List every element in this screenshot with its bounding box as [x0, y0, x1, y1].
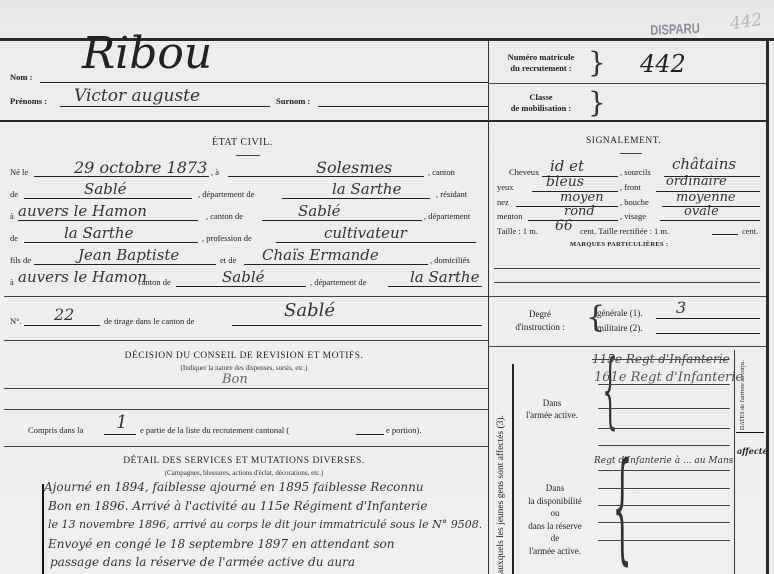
service-line: passage dans la réserve de l'armée activ… — [50, 555, 355, 569]
matricule-value: 442 — [640, 50, 686, 78]
matricule-brace: } — [588, 46, 606, 79]
marques-label: MARQUES PARTICULIÈRES : — [570, 241, 668, 248]
service-line: Envoyé en congé le 18 septembre 1897 en … — [48, 537, 394, 551]
nom-value: Ribou — [82, 28, 212, 79]
affectation-vertical-label: auxquels les jeunes gens sont affectés (… — [496, 380, 506, 574]
classe-label-line1: Classe — [496, 92, 586, 103]
nez-label: nez — [497, 197, 509, 207]
mere-line — [244, 264, 428, 265]
departement3-line — [388, 286, 482, 287]
compris-bottom-rule — [4, 446, 488, 447]
active-value: 161e Regt d'Infanterie — [594, 370, 743, 385]
reserve-rule-2 — [598, 488, 730, 489]
canton3-value: Sablé — [222, 268, 265, 286]
services-margin-rule — [42, 484, 44, 574]
nom-label: Nom : — [10, 72, 32, 82]
canton2-line — [262, 220, 422, 221]
departement-label: , département de — [198, 189, 254, 199]
militaire-line — [656, 333, 760, 334]
reserve-label-line4: dans la réserve — [514, 520, 596, 533]
classe-label: Classe de mobilisation : — [496, 92, 586, 114]
de2-label: de — [10, 233, 18, 243]
nez-value: moyen — [560, 190, 604, 205]
no-value: 22 — [54, 305, 74, 324]
canton-line — [24, 198, 192, 199]
no-line — [24, 325, 100, 326]
tirage-bottom-rule — [4, 340, 488, 341]
classe-label-line2: de mobilisation : — [496, 103, 586, 114]
generale-value: 3 — [676, 298, 686, 317]
a3-label: à — [10, 277, 14, 287]
etat-civil-title: ÉTAT CIVIL. — [212, 137, 273, 148]
de-label: de — [10, 189, 18, 199]
reserve-rule-5 — [598, 540, 730, 541]
canton3-line — [176, 286, 306, 287]
active-rule-3 — [598, 428, 730, 429]
sourcils-label: , sourcils — [620, 167, 651, 177]
reserve-label-line3: ou — [514, 507, 596, 520]
degre-label-line2: d'instruction : — [500, 321, 580, 334]
visage-value: ovale — [684, 204, 719, 219]
taille-label: Taille : 1 m. — [497, 226, 538, 236]
reserve-rule-3 — [598, 505, 730, 506]
generale-line — [656, 318, 760, 319]
front-value: ordinaire — [666, 174, 727, 189]
reserve-label-line6: l'armée active. — [514, 545, 596, 558]
reserve-rule-4 — [598, 522, 730, 523]
a-label: , à — [211, 167, 219, 177]
active-label-line1: Dans — [512, 397, 592, 409]
pere-value: Jean Baptiste — [78, 246, 179, 264]
ne-le-label: Né le — [10, 167, 28, 177]
nom-line — [40, 82, 488, 83]
identity-bottom-rule — [0, 120, 488, 122]
canton-value: Sablé — [84, 180, 127, 198]
reserve-label-line1: Dans — [514, 482, 596, 495]
etat-civil-bottom-rule — [4, 296, 488, 297]
departement-value: la Sarthe — [332, 180, 401, 198]
marques-rule-1 — [494, 268, 760, 269]
surnom-line — [318, 106, 488, 107]
compris-label: Compris dans la — [28, 425, 83, 435]
cheveux-label: Cheveux — [509, 167, 539, 177]
cent-label: cent. Taille rectifiée : 1 m. — [580, 226, 669, 236]
matricule-rule — [489, 83, 766, 84]
departement2-line — [24, 242, 198, 243]
mere-value: Chaïs Ermande — [262, 246, 379, 264]
active-label: Dans l'armée active. — [512, 397, 592, 421]
instruction-bottom-rule — [489, 346, 766, 347]
stamp-number: 442 — [729, 10, 764, 34]
canton-label: , canton — [428, 167, 455, 177]
taille-value: 66 — [555, 218, 573, 234]
departement3-value: la Sarthe — [410, 268, 479, 286]
active-value-struck: 115e Regt d'Infanterie — [592, 352, 730, 366]
compris-label-2: e partie de la liste du recrutement cant… — [140, 425, 289, 435]
visage-label: , visage — [620, 211, 646, 221]
military-register-page: DISPARU 442 Nom : Ribou Prénoms : Victor… — [0, 0, 774, 574]
cheveux-value: id et — [550, 157, 584, 175]
departement2-label: , département — [424, 211, 470, 221]
no-label: N°. — [10, 316, 22, 326]
departement-line — [282, 198, 430, 199]
dates-rule — [736, 432, 764, 433]
active-rule-1 — [598, 384, 730, 385]
etat-civil-underline — [236, 155, 260, 156]
portion-line — [356, 434, 384, 435]
matricule-label-line1: Numéro matricule — [496, 52, 586, 63]
signalement-underline — [620, 153, 642, 154]
classe-brace: } — [588, 86, 606, 119]
cent2-label: cent. — [742, 226, 758, 236]
right-border — [766, 40, 769, 574]
services-subtitle: (Campagnes, blessures, actions d'éclat, … — [0, 469, 488, 477]
reserve-brace: { — [613, 448, 632, 568]
decision-title: DÉCISION DU CONSEIL DE REVISION ET MOTIF… — [0, 351, 488, 361]
a2-label: à — [10, 211, 14, 221]
signalement-title: SIGNALEMENT. — [586, 136, 661, 146]
prenoms-line — [60, 106, 270, 107]
fils-de-label: fils de — [10, 255, 31, 265]
yeux-value: bleus — [546, 174, 584, 190]
disparu-stamp: DISPARU — [650, 20, 700, 38]
compris-line — [104, 434, 136, 435]
active-rule-2 — [598, 408, 730, 409]
departement2-value: la Sarthe — [64, 224, 133, 242]
decision-rule-2 — [4, 409, 488, 410]
reserve-rule-1 — [598, 470, 730, 471]
et-de-label: et de — [220, 255, 236, 265]
dates-column-rule — [734, 350, 735, 574]
canton3-label: canton de — [138, 277, 171, 287]
tirage-line — [232, 325, 482, 326]
dates-vertical-label: DATES de l'arrivée au corps. — [740, 352, 746, 430]
reserve-label: Dans la disponibilité ou dans la réserve… — [514, 482, 596, 557]
services-title: DÉTAIL DES SERVICES ET MUTATIONS DIVERSE… — [0, 456, 488, 466]
bouche-value: moyenne — [676, 190, 736, 205]
ne-le-value: 29 octobre 1873 — [74, 158, 207, 177]
matricule-label: Numéro matricule du recrutement : — [496, 52, 586, 74]
matricule-label-line2: du recrutement : — [496, 63, 586, 74]
surnom-label: Surnom : — [276, 96, 310, 106]
departement3-label: , département de — [310, 277, 366, 287]
bouche-label: , bouche — [620, 197, 649, 207]
marques-rule-3 — [489, 296, 766, 297]
lieu-line — [228, 176, 424, 177]
service-line: le 13 novembre 1896, arrivé au corps le … — [48, 518, 482, 531]
visage-line — [660, 220, 760, 221]
reserve-label-line5: de — [514, 532, 596, 545]
residence-line — [18, 220, 198, 221]
sourcils-value: châtains — [672, 155, 736, 173]
registration-bottom-rule — [489, 120, 766, 122]
ne-le-line — [34, 176, 209, 177]
degre-label: Degré d'instruction : — [500, 308, 580, 334]
canton2-label: , canton de — [206, 211, 243, 221]
menton-value: rond — [564, 204, 595, 219]
prenoms-value: Victor auguste — [74, 86, 200, 106]
profession-value: cultivateur — [324, 224, 407, 242]
reserve-label-line2: la disponibilité — [514, 495, 596, 508]
decision-rule-1 — [4, 388, 488, 389]
tirage-canton-value: Sablé — [284, 300, 335, 321]
profession-line — [276, 242, 476, 243]
militaire-label: militaire (2). — [597, 323, 642, 333]
profession-label: , profession de — [202, 233, 252, 243]
domicilies-label: , domiciliés — [430, 255, 470, 265]
service-line: Ajourné en 1894, faiblesse ajourné en 18… — [44, 480, 424, 494]
menton-label: menton — [497, 211, 523, 221]
pere-line — [34, 264, 216, 265]
residence-value: auvers le Hamon — [18, 202, 147, 220]
tirage-label: de tirage dans le canton de — [104, 316, 194, 326]
canton2-value: Sablé — [298, 202, 341, 220]
service-line: Bon en 1896. Arrivé à l'activité au 115e… — [48, 499, 427, 513]
active-label-line2: l'armée active. — [512, 409, 592, 421]
lieu-naissance-value: Solesmes — [316, 158, 392, 177]
yeux-label: yeux — [497, 182, 514, 192]
marques-rule-2 — [494, 282, 760, 283]
compris-label-3: e portion). — [386, 425, 421, 435]
decision-value: Bon — [222, 372, 248, 387]
prenoms-label: Prénoms : — [10, 96, 47, 106]
degre-label-line1: Degré — [500, 308, 580, 321]
generale-label: générale (1). — [597, 308, 642, 318]
front-label: , front — [620, 182, 641, 192]
affecte-note: affecté — [737, 446, 768, 456]
taille-rectifiee-line — [712, 234, 738, 235]
menton-line — [528, 220, 618, 221]
residant-label: , résidant — [436, 189, 467, 199]
compris-value: 1 — [116, 412, 127, 433]
domicile-value: auvers le Hamon — [18, 268, 147, 286]
decision-subtitle: (Indiquer la nature des dispenses, sursi… — [0, 364, 488, 372]
